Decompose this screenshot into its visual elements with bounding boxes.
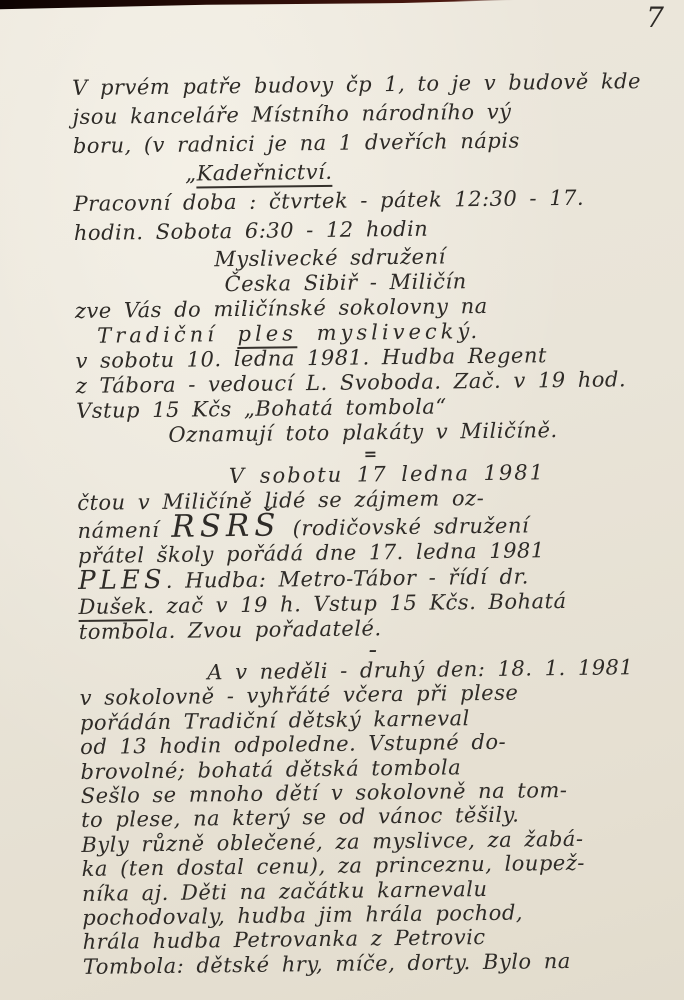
text-segment: (rodičovské sdružení: [280, 513, 529, 540]
section-hairdresser-notice: V prvém patře budovy čp 1, to je v budov…: [72, 67, 662, 248]
opening-quote: „: [185, 161, 197, 185]
text-segment: námení: [77, 518, 171, 543]
page-number: 7: [646, 4, 664, 32]
text-segment: myslivecký.: [297, 319, 481, 345]
text-segment: . Hudba: Metro-Tábor - řídí dr.: [166, 564, 529, 592]
scanned-chronicle-page: 7 V prvém patře budovy čp 1, to je v bud…: [0, 0, 684, 1000]
text-segment: . zač v 19 h. Vstup 15 Kčs. Bohatá: [147, 589, 567, 618]
underlined-word-dusek: Dušek: [78, 594, 147, 622]
section-school-ball: V sobotu 17 ledna 1981 čtou v Miličíně l…: [77, 459, 667, 662]
rsrs-initials: RSRŠ: [171, 507, 281, 544]
book-binding-edge: [0, 0, 516, 10]
section-children-carnival: A v neděli - druhý den: 18. 1. 1981 v so…: [79, 655, 671, 979]
section-hunters-ball: Myslivecké sdružení Česka Sibiř - Miličí…: [74, 242, 665, 466]
underlined-heading: Kadeřnictví.: [196, 160, 332, 189]
text-segment: Tradiční: [97, 322, 238, 348]
handwritten-text: V prvém patře budovy čp 1, to je v budov…: [72, 67, 671, 979]
ples-word: PLES: [78, 565, 166, 596]
underlined-word-ples: ples: [237, 321, 297, 349]
